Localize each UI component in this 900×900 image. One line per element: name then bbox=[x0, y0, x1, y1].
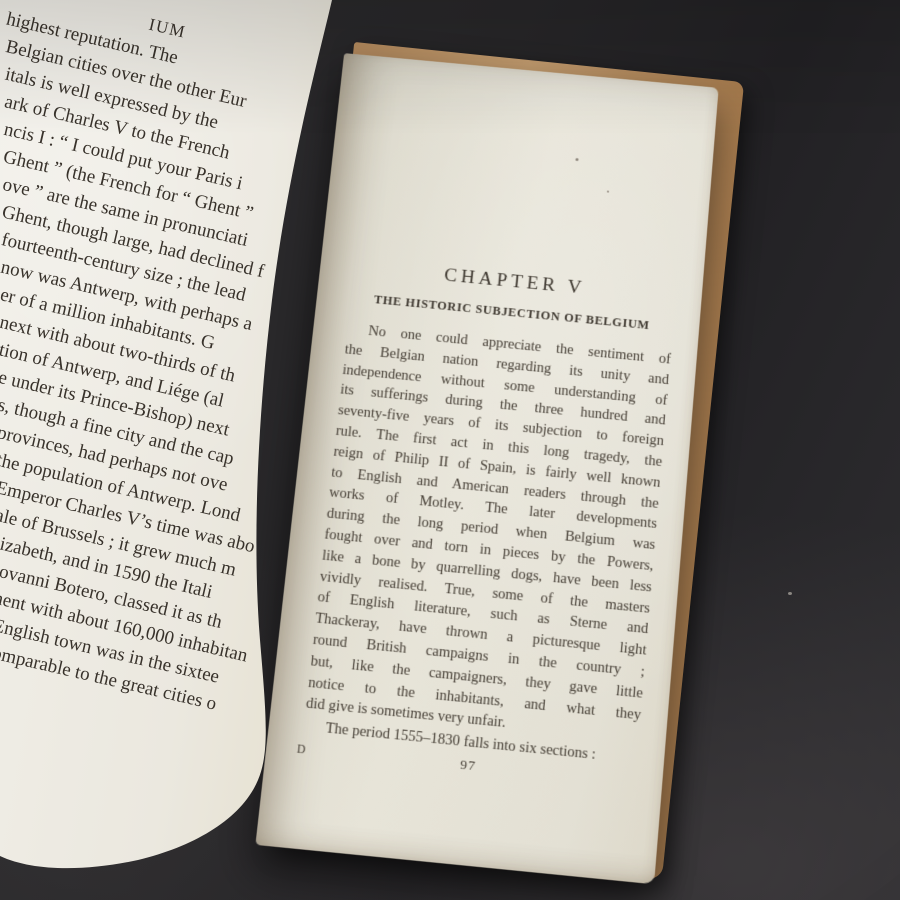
paper-speck bbox=[607, 191, 609, 193]
body-paragraph: No one could appreciate the sentiment of… bbox=[305, 319, 672, 747]
printer-signature-mark: D bbox=[296, 743, 306, 756]
book-photograph: CHAPTER V THE HISTORIC SUBJECTION OF BEL… bbox=[0, 0, 900, 900]
page-number: 97 bbox=[459, 756, 476, 774]
dust-speck bbox=[788, 592, 792, 595]
